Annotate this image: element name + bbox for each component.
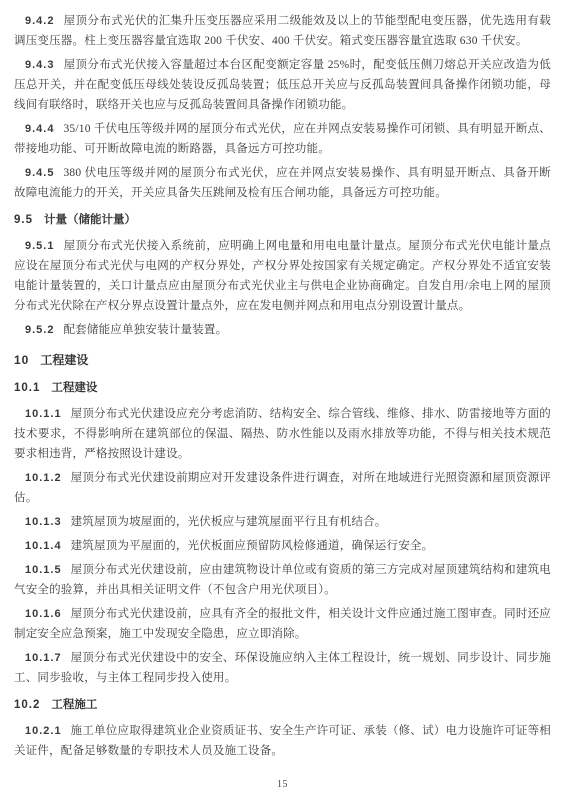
clause-9-4-5: 9.4.5380 伏电压等级并网的屋顶分布式光伏，应在并网点安装易操作、具有明显…	[14, 163, 551, 203]
clause-text: 屋顶分布式光伏接入容量超过本台区配变额定容量 25%时，配变低压侧刀熔总开关应改…	[14, 59, 551, 111]
chapter-heading-10: 10工程建设	[14, 350, 551, 370]
clause-number: 9.4.4	[25, 123, 54, 135]
clause-number: 9.4.5	[25, 167, 54, 179]
clause-text: 配套储能应单独安装计量装置。	[63, 324, 227, 336]
clause-text: 屋顶分布式光伏建设前期应对开发建设条件进行调查，对所在地域进行光照资源和屋顶资源…	[14, 472, 551, 504]
section-title: 计量（储能计量）	[44, 214, 136, 226]
clause-text: 施工单位应取得建筑业企业资质证书、安全生产许可证、承装（修、试）电力设施许可证等…	[14, 725, 551, 757]
section-title: 工程建设	[51, 382, 97, 394]
document-content: 9.4.2屋顶分布式光伏的汇集升压变压器应采用二级能效及以上的节能型配电变压器，…	[0, 0, 565, 761]
section-heading-9-5: 9.5计量（储能计量）	[14, 210, 551, 230]
clause-text: 屋顶分布式光伏建设应充分考虑消防、结构安全、综合管线、维修、排水、防雷接地等方面…	[14, 408, 551, 460]
clause-9-4-2: 9.4.2屋顶分布式光伏的汇集升压变压器应采用二级能效及以上的节能型配电变压器，…	[14, 11, 551, 51]
clause-9-5-2: 9.5.2配套储能应单独安装计量装置。	[14, 320, 551, 340]
section-heading-10-1: 10.1工程建设	[14, 378, 551, 398]
clause-text: 建筑屋顶为坡屋面的，光伏板应与建筑屋面平行且有机结合。	[71, 516, 387, 528]
clause-number: 9.5.2	[25, 324, 54, 336]
clause-number: 9.4.3	[25, 59, 54, 71]
clause-text: 屋顶分布式光伏的汇集升压变压器应采用二级能效及以上的节能型配电变压器，优先选用有…	[14, 15, 551, 47]
clause-number: 10.1.4	[25, 540, 62, 552]
chapter-title: 工程建设	[40, 353, 88, 367]
clause-text: 35/10 千伏电压等级并网的屋顶分布式光伏，应在并网点安装易操作可闭锁、具有明…	[14, 123, 551, 155]
clause-number: 10.1.1	[25, 408, 62, 420]
clause-number: 10.2.1	[25, 725, 62, 737]
section-number: 10.1	[14, 382, 40, 394]
section-number: 9.5	[14, 214, 33, 226]
page-footer: 15	[0, 774, 565, 792]
page-number: 15	[277, 779, 288, 790]
clause-number: 9.5.1	[25, 240, 54, 252]
clause-text: 屋顶分布式光伏建设中的安全、环保设施应纳入主体工程设计，统一规划、同步设计、同步…	[14, 652, 551, 684]
clause-text: 屋顶分布式光伏建设前，应由建筑物设计单位或有资质的第三方完成对屋顶建筑结构和建筑…	[14, 564, 551, 596]
clause-text: 屋顶分布式光伏建设前，应具有齐全的报批文件，相关设计文件应通过施工图审查。同时还…	[14, 608, 551, 640]
section-title: 工程施工	[51, 699, 97, 711]
clause-10-1-2: 10.1.2屋顶分布式光伏建设前期应对开发建设条件进行调查，对所在地域进行光照资…	[14, 468, 551, 508]
clause-9-4-4: 9.4.435/10 千伏电压等级并网的屋顶分布式光伏，应在并网点安装易操作可闭…	[14, 119, 551, 159]
clause-number: 10.1.2	[25, 472, 62, 484]
clause-10-1-1: 10.1.1屋顶分布式光伏建设应充分考虑消防、结构安全、综合管线、维修、排水、防…	[14, 404, 551, 464]
clause-9-4-3: 9.4.3屋顶分布式光伏接入容量超过本台区配变额定容量 25%时，配变低压侧刀熔…	[14, 55, 551, 115]
clause-text: 屋顶分布式光伏接入系统前，应明确上网电量和用电电量计量点。屋顶分布式光伏电能计量…	[14, 240, 551, 312]
clause-9-5-1: 9.5.1屋顶分布式光伏接入系统前，应明确上网电量和用电电量计量点。屋顶分布式光…	[14, 236, 551, 316]
section-heading-10-2: 10.2工程施工	[14, 695, 551, 715]
clause-text: 建筑屋顶为平屋面的，光伏板面应预留防风检修通道，确保运行安全。	[71, 540, 434, 552]
clause-number: 10.1.7	[25, 652, 62, 664]
clause-number: 10.1.5	[25, 564, 62, 576]
clause-10-1-3: 10.1.3建筑屋顶为坡屋面的，光伏板应与建筑屋面平行且有机结合。	[14, 512, 551, 532]
clause-number: 10.1.3	[25, 516, 62, 528]
clause-number: 10.1.6	[25, 608, 62, 620]
chapter-number: 10	[14, 353, 29, 367]
clause-number: 9.4.2	[25, 15, 54, 27]
document-page: 9.4.2屋顶分布式光伏的汇集升压变压器应采用二级能效及以上的节能型配电变压器，…	[0, 0, 565, 806]
clause-10-1-6: 10.1.6屋顶分布式光伏建设前，应具有齐全的报批文件，相关设计文件应通过施工图…	[14, 604, 551, 644]
clause-10-1-5: 10.1.5屋顶分布式光伏建设前，应由建筑物设计单位或有资质的第三方完成对屋顶建…	[14, 560, 551, 600]
clause-10-1-4: 10.1.4建筑屋顶为平屋面的，光伏板面应预留防风检修通道，确保运行安全。	[14, 536, 551, 556]
clause-10-2-1: 10.2.1施工单位应取得建筑业企业资质证书、安全生产许可证、承装（修、试）电力…	[14, 721, 551, 761]
clause-text: 380 伏电压等级并网的屋顶分布式光伏，应在并网点安装易操作、具有明显开断点、具…	[14, 167, 551, 199]
section-number: 10.2	[14, 699, 40, 711]
clause-10-1-7: 10.1.7屋顶分布式光伏建设中的安全、环保设施应纳入主体工程设计，统一规划、同…	[14, 648, 551, 688]
